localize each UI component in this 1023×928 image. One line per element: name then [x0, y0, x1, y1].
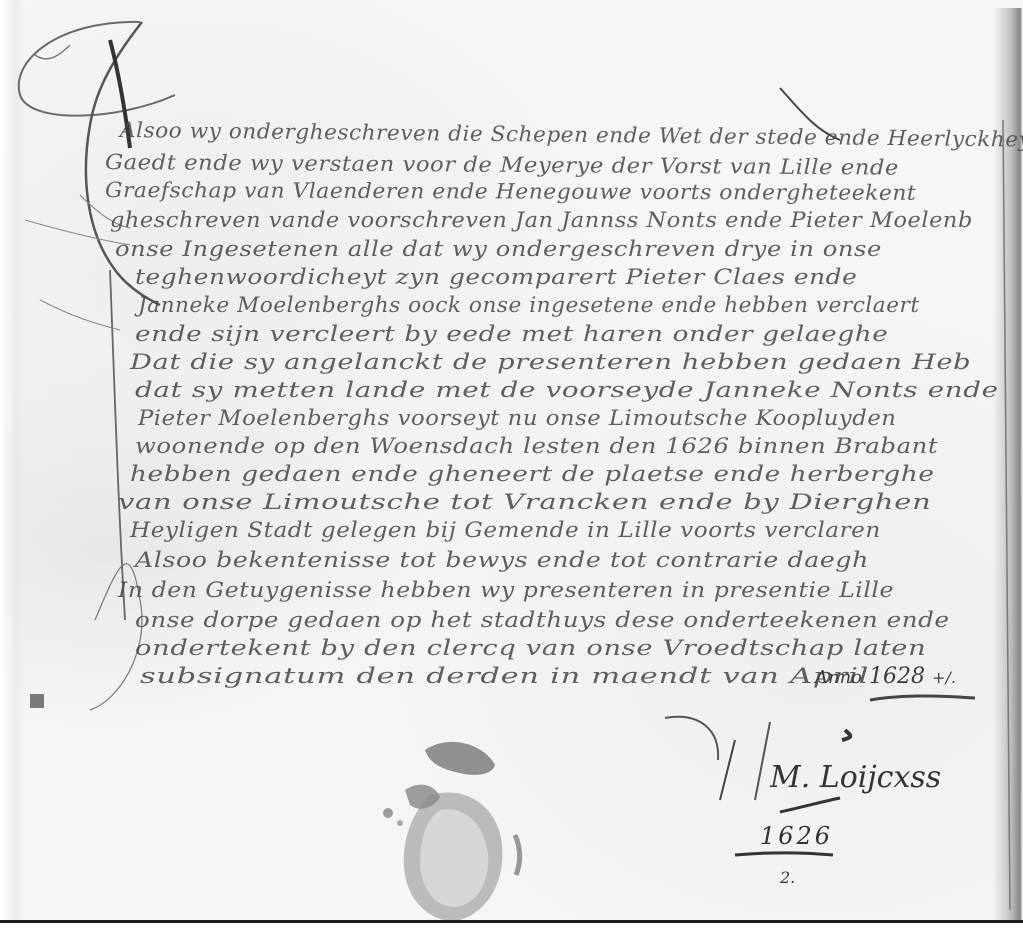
signature-mark-text: 2. [780, 868, 795, 887]
manuscript-line: teghenwoordicheyt zyn gecomparert Pieter… [135, 265, 857, 289]
manuscript-line: ondertekent by den clercq van onse Vroed… [135, 636, 926, 660]
manuscript-line: subsignatum den derden in maendt van Apr… [140, 664, 869, 688]
signature-mark: 2. [780, 868, 795, 887]
margin-ink-mark [30, 694, 44, 708]
date-suffix: +/. [932, 668, 956, 687]
signature-name: M. Loijcxss [770, 760, 941, 795]
signature-year-text: 1626 [760, 822, 833, 850]
manuscript-line: onse dorpe gedaen op het stadthuys dese … [135, 608, 950, 632]
page-bottom-border [0, 920, 1023, 923]
manuscript-line: Janneke Moelenberghs oock onse ingeseten… [138, 293, 920, 317]
manuscript-line: Heyligen Stadt gelegen bij Gemende in Li… [130, 518, 881, 542]
manuscript-line: ende sijn vercleert by eede met haren on… [135, 322, 888, 346]
manuscript-line: Graefschap van Vlaenderen ende Henegouwe… [105, 178, 916, 205]
manuscript-line: In den Getuygenisse hebben wy presentere… [118, 578, 894, 602]
signature: M. Loijcxss [770, 760, 941, 795]
anno-label: Anno [815, 667, 862, 688]
document-date: Anno 1628 +/. [815, 664, 956, 689]
manuscript-line: woonende op den Woensdach lesten den 162… [135, 434, 938, 458]
manuscript-line: Alsoo bekentenisse tot bewys ende tot co… [135, 548, 869, 572]
date-year: 1628 [869, 664, 925, 689]
manuscript-line: van onse Limoutsche tot Vrancken ende by… [118, 490, 931, 514]
manuscript-line: onse Ingesetenen alle dat wy ondergeschr… [115, 237, 882, 261]
wax-seal-icon [380, 735, 530, 925]
manuscript-line: Dat die sy angelanckt de presenteren heb… [130, 350, 971, 374]
document-page: Alsoo wy ondergheschreven die Schepen en… [0, 0, 1023, 920]
manuscript-line: hebben gedaen ende gheneert de plaetse e… [130, 462, 935, 486]
manuscript-line: Pieter Moelenberghs voorseyt nu onse Lim… [138, 406, 896, 430]
signature-year: 1626 [760, 822, 833, 850]
manuscript-line: gheschreven vande voorschreven Jan Janns… [110, 208, 973, 232]
manuscript-line: dat sy metten lande met de voorseyde Jan… [135, 378, 999, 402]
